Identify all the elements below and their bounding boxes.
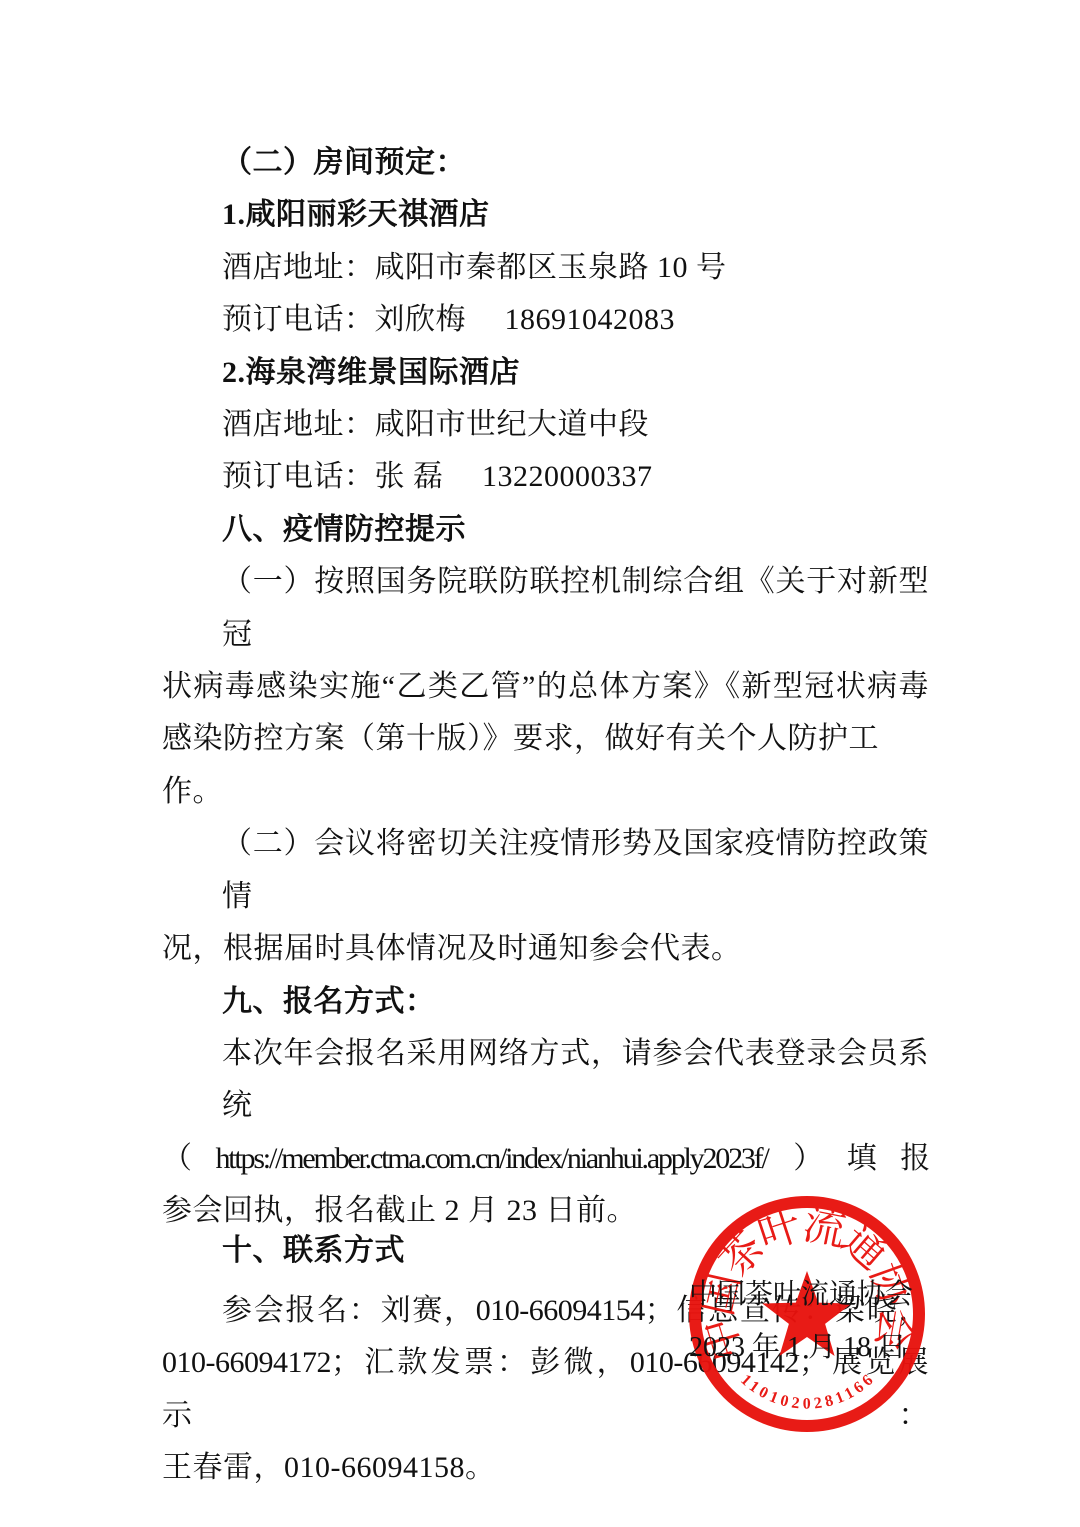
document-line: 状病毒感染实施“乙类乙管”的总体方案》《新型冠状病毒: [162, 661, 928, 713]
document-line: 酒店地址：咸阳市世纪大道中段: [162, 399, 928, 451]
document-line: 酒店地址：咸阳市秦都区玉泉路 10 号: [162, 242, 928, 294]
document-line: （https://member.ctma.com.cn/index/nianhu…: [162, 1133, 928, 1185]
document-line: 预订电话：张 磊 13220000337: [162, 451, 928, 503]
signature-organization: 中国茶叶流通协会: [689, 1268, 913, 1321]
document-line: 本次年会报名采用网络方式，请参会代表登录会员系统: [162, 1028, 928, 1133]
signature-date: 2023 年 1 月 18 日: [689, 1321, 913, 1374]
document-line: 况，根据届时具体情况及时通知参会代表。: [162, 923, 928, 975]
document-line: 九、报名方式：: [162, 976, 928, 1028]
document-page: （二）房间预定：1.咸阳丽彩天祺酒店酒店地址：咸阳市秦都区玉泉路 10 号预订电…: [0, 0, 1080, 1527]
document-line: 预订电话：刘欣梅 18691042083: [162, 294, 928, 346]
document-line: 感染防控方案（第十版）》要求，做好有关个人防护工作。: [162, 713, 928, 818]
document-line: 八、疫情防控提示: [162, 504, 928, 556]
document-line: 王春雷，010-66094158。: [162, 1442, 928, 1494]
signature-block: 中国茶叶流通协会 2023 年 1 月 18 日: [689, 1268, 913, 1374]
document-line: （二）会议将密切关注疫情形势及国家疫情防控政策情: [162, 818, 928, 923]
document-line: （一）按照国务院联防联控机制综合组《关于对新型冠: [162, 556, 928, 661]
seal-code-text: 1101020281166: [737, 1370, 878, 1412]
document-line: 1.咸阳丽彩天祺酒店: [162, 189, 928, 241]
document-line: （二）房间预定：: [162, 137, 928, 189]
document-line: 2.海泉湾维景国际酒店: [162, 347, 928, 399]
svg-text:1101020281166: 1101020281166: [737, 1370, 878, 1412]
